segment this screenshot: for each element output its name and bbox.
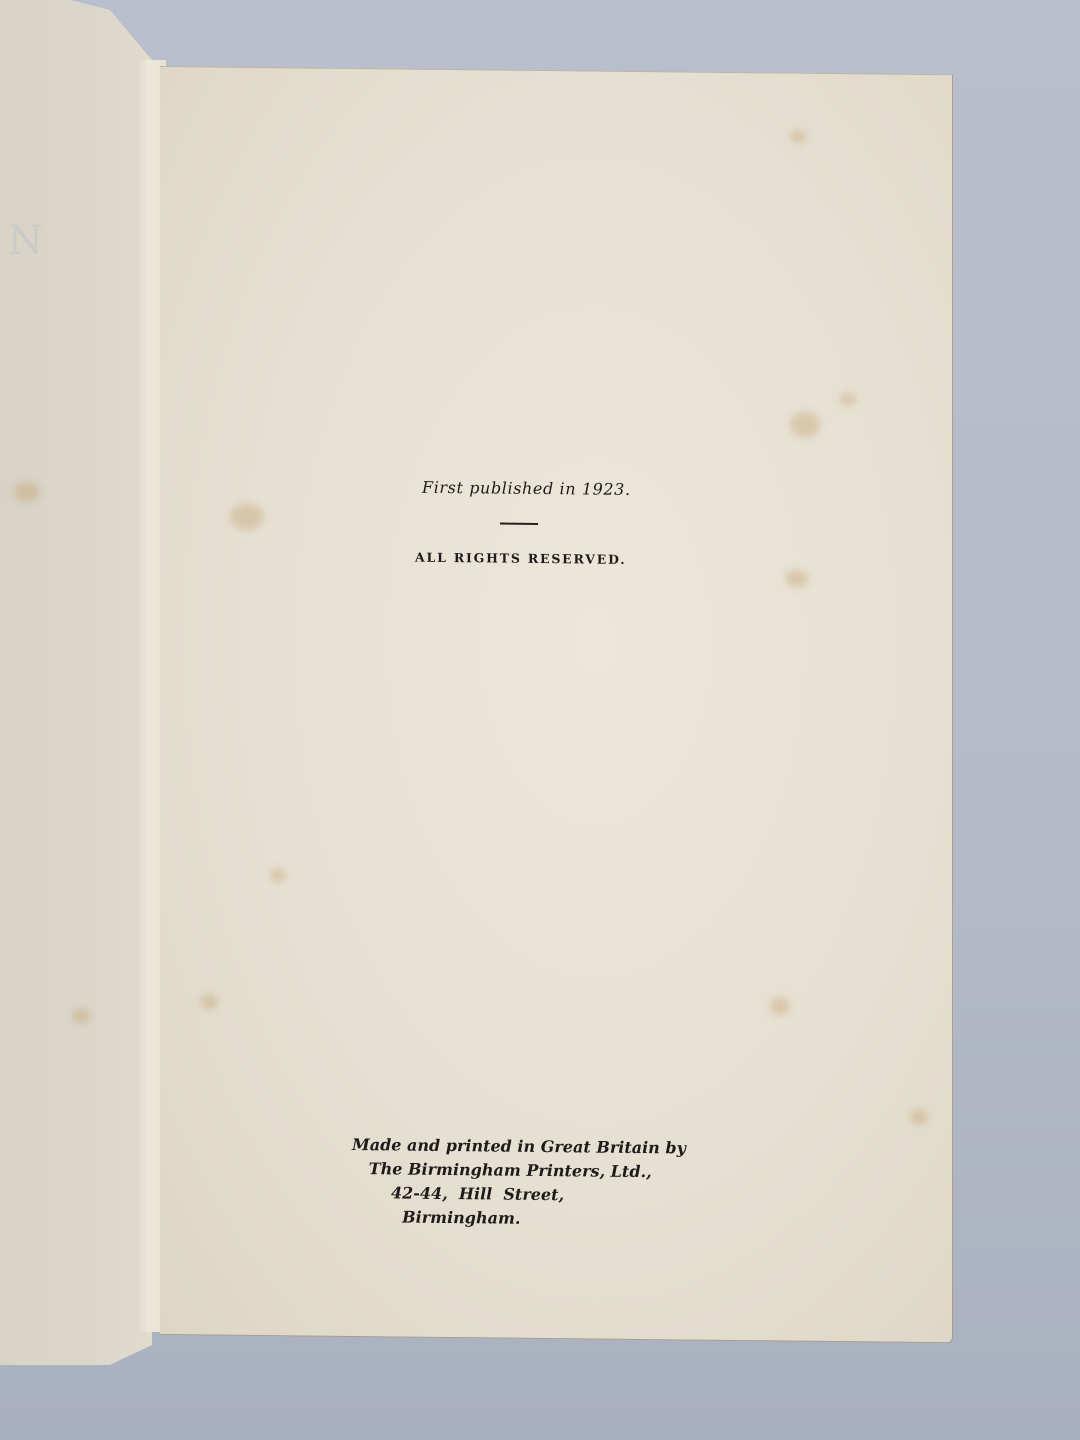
- foxing-spot: [14, 482, 40, 502]
- imprint-line: Birmingham.: [352, 1205, 712, 1233]
- divider-rule: [500, 523, 538, 525]
- foxing-spot: [200, 993, 218, 1009]
- foxing-spot: [785, 570, 809, 588]
- foxing-spot: [72, 1008, 90, 1024]
- copyright-page: First published in 1923. ALL RIGHTS RESE…: [160, 66, 953, 1343]
- foxing-spot: [790, 412, 820, 438]
- show-through-glyph: N: [8, 218, 43, 264]
- foxing-spot: [790, 130, 806, 144]
- rights-reserved-line: ALL RIGHTS RESERVED.: [415, 550, 815, 569]
- foxing-spot: [270, 868, 286, 882]
- printer-imprint: Made and printed in Great Britain by The…: [352, 1133, 712, 1233]
- foxing-spot: [910, 1109, 928, 1125]
- foxing-spot: [230, 504, 264, 530]
- first-published-line: First published in 1923.: [422, 478, 822, 501]
- foxing-spot: [770, 997, 790, 1015]
- left-page: N: [0, 0, 152, 1365]
- foxing-spot: [840, 392, 856, 406]
